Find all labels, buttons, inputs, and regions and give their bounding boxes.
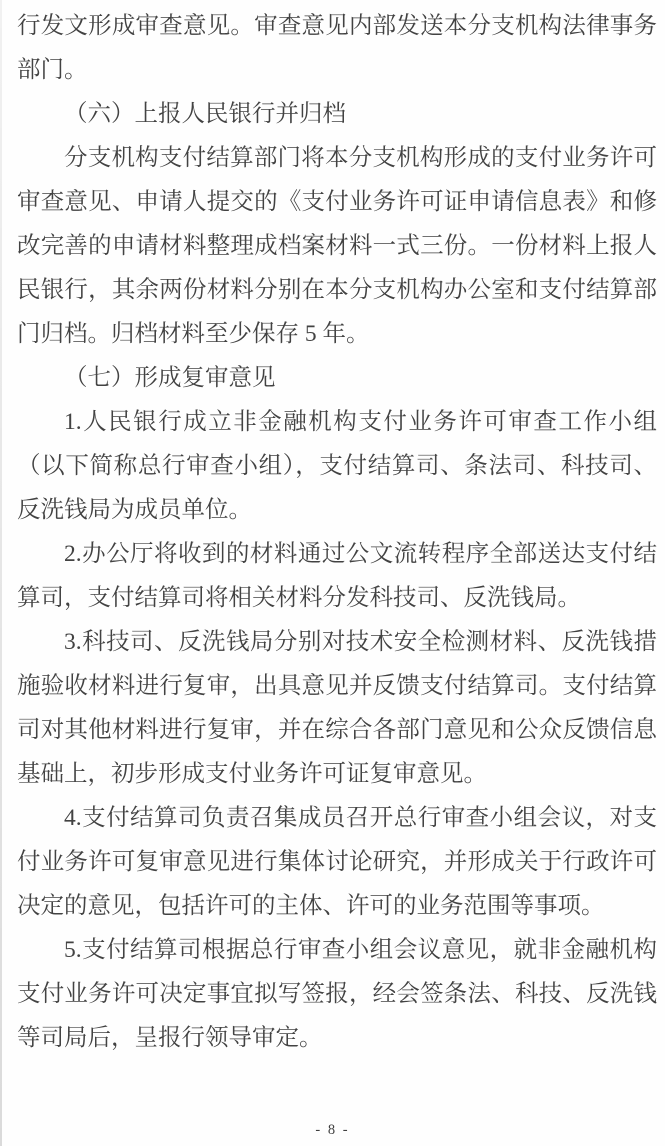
section-heading-six: （六）上报人民银行并归档 — [17, 92, 657, 136]
document-page: 行发文形成审查意见。审查意见内部发送本分支机构法律事务部门。 （六）上报人民银行… — [0, 0, 665, 1146]
document-body: 行发文形成审查意见。审查意见内部发送本分支机构法律事务部门。 （六）上报人民银行… — [17, 4, 657, 1060]
body-paragraph-archive: 分支机构支付结算部门将本分支机构形成的支付业务许可审查意见、申请人提交的《支付业… — [17, 136, 657, 356]
section-heading-seven: （七）形成复审意见 — [17, 356, 657, 400]
scan-edge-artifact — [0, 0, 2, 1146]
numbered-item-3: 3.科技司、反洗钱局分别对技术安全检测材料、反洗钱措施验收材料进行复审，出具意见… — [17, 620, 657, 796]
page-number: - 8 - — [0, 1122, 665, 1139]
body-paragraph-continuation: 行发文形成审查意见。审查意见内部发送本分支机构法律事务部门。 — [17, 4, 657, 92]
numbered-item-2: 2.办公厅将收到的材料通过公文流转程序全部送达支付结算司，支付结算司将相关材料分… — [17, 532, 657, 620]
numbered-item-5: 5.支付结算司根据总行审查小组会议意见，就非金融机构支付业务许可决定事宜拟写签报… — [17, 928, 657, 1060]
numbered-item-4: 4.支付结算司负责召集成员召开总行审查小组会议，对支付业务许可复审意见进行集体讨… — [17, 796, 657, 928]
numbered-item-1: 1.人民银行成立非金融机构支付业务许可审查工作小组（以下简称总行审查小组），支付… — [17, 400, 657, 532]
